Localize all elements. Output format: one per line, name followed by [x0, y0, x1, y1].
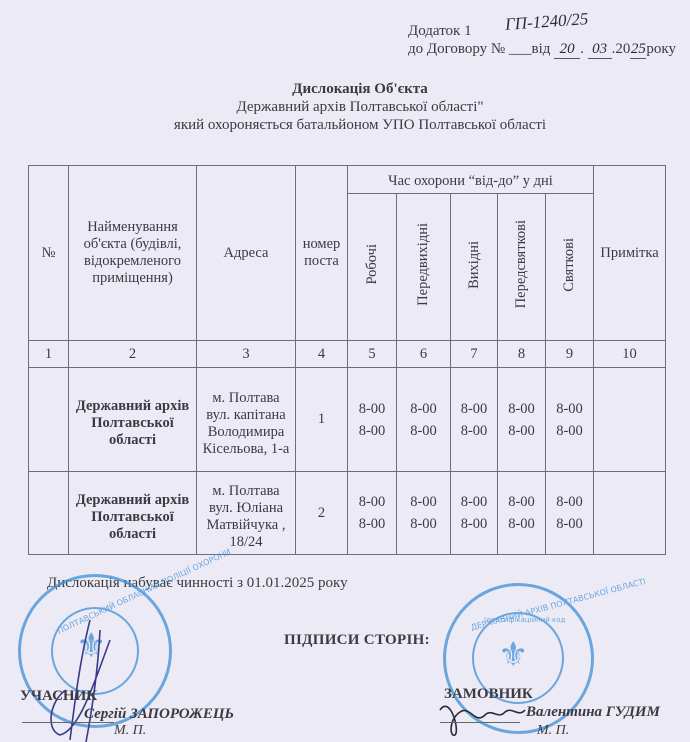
- title-subtitle-2: який охороняється батальйоном УПО Полтав…: [30, 116, 690, 134]
- dislocation-table: № Найменування об'єкта (будівлі, відокре…: [28, 165, 666, 555]
- customer-signature-line: [440, 722, 520, 723]
- row-time-working: 8-008-00: [348, 472, 397, 555]
- row-note: [594, 472, 666, 555]
- row-post-number: 2: [296, 472, 348, 555]
- row-time-pre-holiday: 8-008-00: [498, 472, 546, 555]
- row-address: м. Полтава вул. капітана Володимира Кісе…: [197, 368, 296, 472]
- header-day-weekend: Вихідні: [451, 194, 498, 341]
- contractor-name: Сергій ЗАПОРОЖЕЦЬ: [84, 706, 234, 723]
- trident-icon: ⚜: [498, 638, 528, 672]
- row-time-holiday: 8-008-00: [546, 368, 594, 472]
- header-day-holiday: Святкові: [546, 194, 594, 341]
- table-row: Державний архів Полтавської області м. П…: [29, 472, 666, 555]
- row-note: [594, 368, 666, 472]
- header-object-name: Найменування об'єкта (будівлі, відокремл…: [69, 166, 197, 341]
- contractor-role: УЧАСНИК: [20, 688, 97, 705]
- customer-name: Валентина ГУДИМ: [526, 704, 660, 721]
- header-day-pre-holiday: Передсвяткові: [498, 194, 546, 341]
- header-num: №: [29, 166, 69, 341]
- stamp-inner-text: Ідентифікаційний код: [484, 616, 565, 624]
- date-day: 20: [554, 40, 580, 59]
- signatures-title: ПІДПИСИ СТОРІН:: [284, 632, 430, 649]
- title-subtitle-1: Державний архів Полтавської області": [30, 98, 690, 116]
- row-num: [29, 368, 69, 472]
- row-num: [29, 472, 69, 555]
- date-year: 25: [630, 40, 646, 59]
- header-day-pre-weekend: Передвихідні: [397, 194, 451, 341]
- row-time-pre-weekend: 8-008-00: [397, 368, 451, 472]
- contractor-seal-label: М. П.: [114, 723, 146, 739]
- row-time-pre-weekend: 8-008-00: [397, 472, 451, 555]
- date-month: 03: [588, 40, 612, 59]
- row-time-holiday: 8-008-00: [546, 472, 594, 555]
- document-title: Дислокація Об'єкта Державний архів Полта…: [0, 80, 690, 134]
- row-time-working: 8-008-00: [348, 368, 397, 472]
- customer-signature: [430, 690, 530, 740]
- contract-number-blank: ___: [509, 41, 532, 57]
- header-post-number: номер поста: [296, 166, 348, 341]
- column-number-row: 1 2 3 4 5 6 7 8 9 10: [29, 341, 666, 368]
- header-guard-time-group: Час охорони “від-до” у дні: [348, 166, 594, 194]
- contract-reference: до Договору № ___від 20. 03.2025року: [408, 40, 676, 59]
- row-time-pre-holiday: 8-008-00: [498, 368, 546, 472]
- row-object-name: Державний архів Полтавської області: [69, 368, 197, 472]
- header-address: Адреса: [197, 166, 296, 341]
- row-time-weekend: 8-008-00: [451, 472, 498, 555]
- row-object-name: Державний архів Полтавської області: [69, 472, 197, 555]
- header-note: Примітка: [594, 166, 666, 341]
- header-day-working: Робочі: [348, 194, 397, 341]
- row-post-number: 1: [296, 368, 348, 472]
- customer-seal-label: М. П.: [537, 723, 569, 739]
- row-address: м. Полтава вул. Юліана Матвійчука , 18/2…: [197, 472, 296, 555]
- table-row: Державний архів Полтавської області м. П…: [29, 368, 666, 472]
- row-time-weekend: 8-008-00: [451, 368, 498, 472]
- title-main: Дислокація Об'єкта: [30, 80, 690, 98]
